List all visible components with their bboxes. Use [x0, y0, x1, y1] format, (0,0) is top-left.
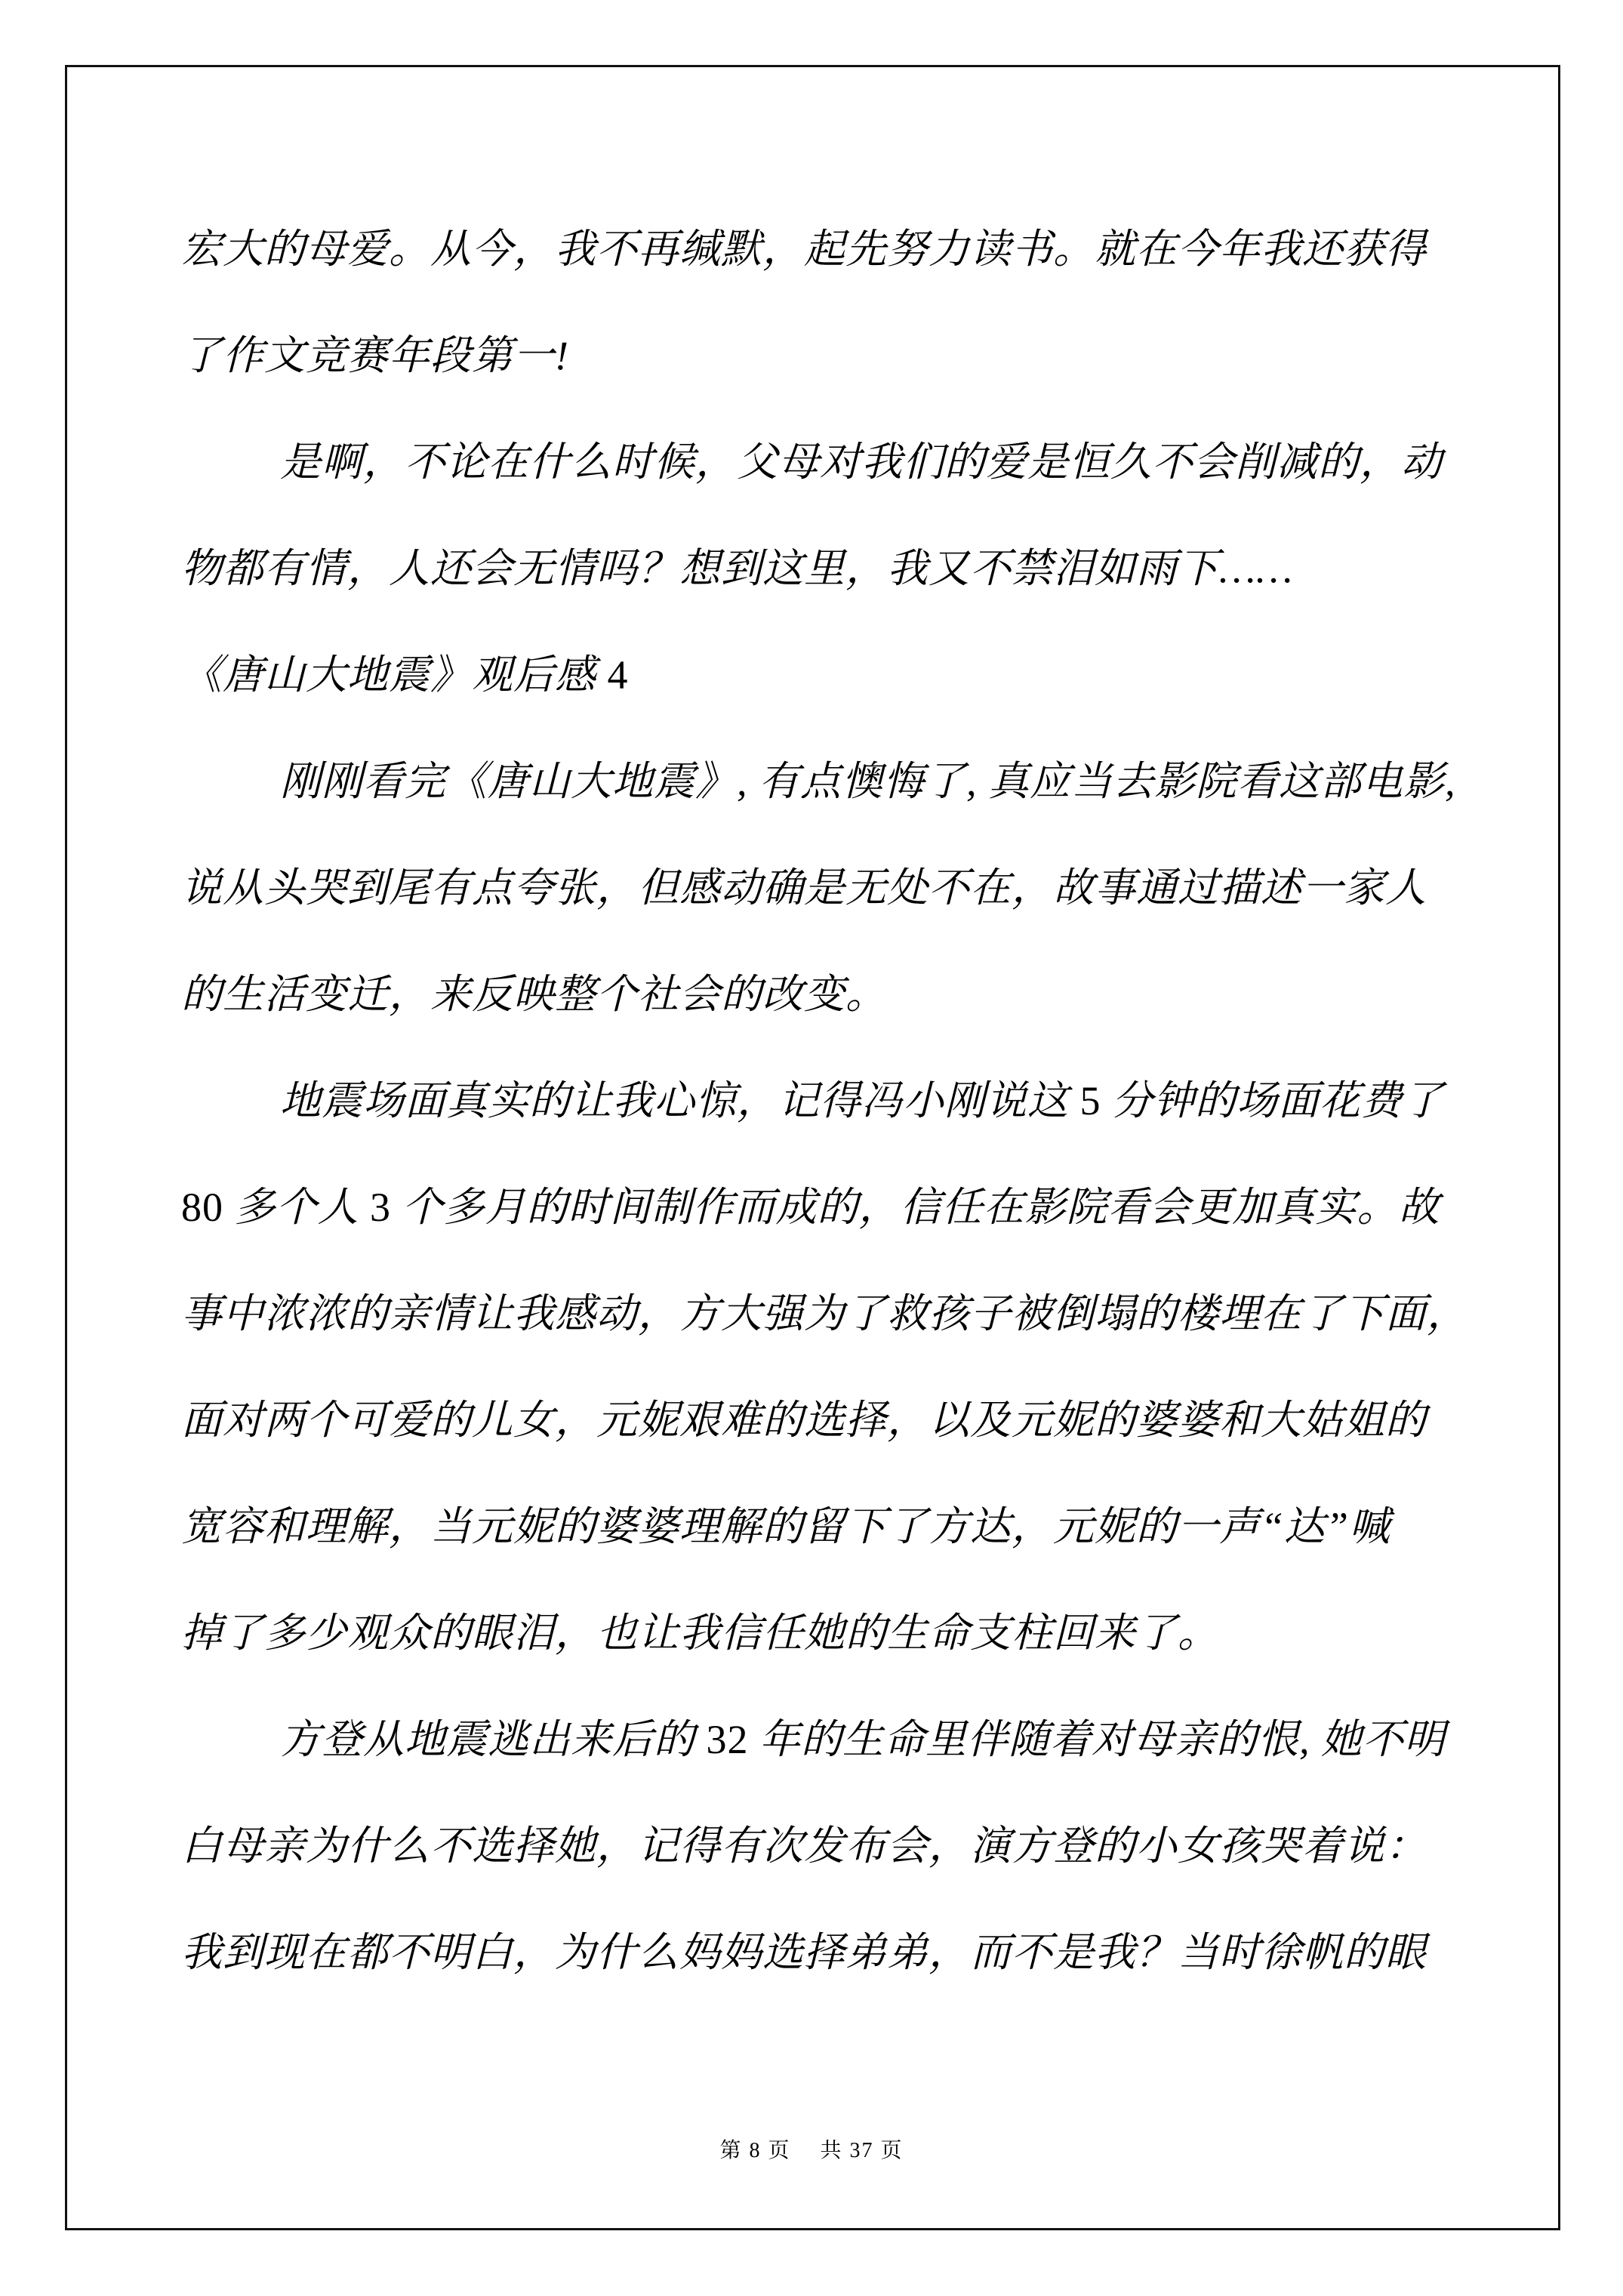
page-footer: 第 8 页 共 37 页 [0, 2138, 1623, 2164]
document-page: 宏大的母爱。从今，我不再缄默，起先努力读书。就在今年我还获得了作文竞赛年段第一!… [0, 0, 1623, 2296]
footer-page-number: 第 8 页 [719, 2139, 790, 2162]
text-line: 面对两个可爱的儿女，元妮艰难的选择，以及元妮的婆婆和大姑姐的 [181, 1367, 1449, 1474]
document-body: 宏大的母爱。从今，我不再缄默，起先努力读书。就在今年我还获得了作文竞赛年段第一!… [181, 196, 1449, 2006]
text-line: 掉了多少观众的眼泪，也让我信任她的生命支柱回来了。 [181, 1580, 1449, 1687]
text-line: 说从头哭到尾有点夸张，但感动确是无处不在，故事通过描述一家人 [181, 835, 1449, 942]
text-line: 80 多个人 3 个多月的时间制作而成的，信任在影院看会更加真实。故 [181, 1154, 1449, 1261]
text-line: 的生活变迁，来反映整个社会的改变。 [181, 942, 1449, 1048]
text-line: 地震场面真实的让我心惊，记得冯小刚说这 5 分钟的场面花费了 [181, 1048, 1449, 1154]
text-line: 了作文竞赛年段第一! [181, 303, 1449, 409]
text-line: 是啊，不论在什么时候，父母对我们的爱是恒久不会削减的，动 [181, 409, 1449, 516]
footer-total-pages: 共 37 页 [821, 2139, 904, 2162]
text-line: 白母亲为什么不选择她，记得有次发布会，演方登的小女孩哭着说： [181, 1793, 1449, 1900]
text-line: 宽容和理解，当元妮的婆婆理解的留下了方达，元妮的一声“达”喊 [181, 1474, 1449, 1580]
text-line: 刚刚看完《唐山大地震》, 有点懊悔了, 真应当去影院看这部电影, [181, 729, 1449, 835]
text-line: 《唐山大地震》观后感 4 [181, 622, 1449, 729]
text-line: 物都有情，人还会无情吗？想到这里，我又不禁泪如雨下…… [181, 516, 1449, 622]
text-line: 方登从地震逃出来后的 32 年的生命里伴随着对母亲的恨, 她不明 [181, 1687, 1449, 1793]
text-line: 我到现在都不明白，为什么妈妈选择弟弟，而不是我？当时徐帆的眼 [181, 1900, 1449, 2006]
text-line: 宏大的母爱。从今，我不再缄默，起先努力读书。就在今年我还获得 [181, 196, 1449, 303]
text-line: 事中浓浓的亲情让我感动，方大强为了救孩子被倒塌的楼埋在了下面， [181, 1261, 1449, 1367]
